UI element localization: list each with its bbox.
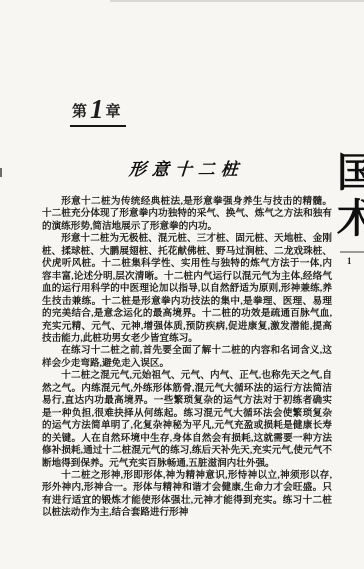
series-char-shu: 术	[337, 196, 364, 242]
chapter-number: 1	[90, 99, 104, 119]
chapter-suffix: 章	[106, 104, 122, 120]
page-title: 形意十二桩	[41, 155, 332, 180]
margin-divider	[340, 251, 364, 253]
paragraph-2: 形意十二桩为无极桩、混元桩、三才桩、固元桩、天地桩、金刚桩、揉球桩、大鹏展翅桩、…	[42, 233, 332, 345]
paragraph-3: 在练习十二桩之前,首先要全面了解十二桩的内容和名词含义,这样会少走弯路,避免走入…	[42, 345, 332, 370]
scan-edge-shadow	[110, 0, 364, 2]
series-margin-tab: 国 术	[337, 150, 364, 242]
chapter-heading: 第1章	[70, 97, 126, 127]
chapter-prefix: 第	[72, 104, 88, 120]
page-number: 1	[347, 256, 352, 266]
scanned-book-page: 第1章 形意十二桩 形意十二桩为传统经典桩法,是形意拳强身养生与技击的精髓。十二…	[0, 0, 364, 569]
paragraph-4: 十二桩之混元气,元始祖气、元气、内气、正气,也称先天之气,自然之气。内练混元气,…	[42, 370, 332, 470]
body-text: 形意十二桩为传统经典桩法,是形意拳强身养生与技击的精髓。十二桩充分体现了形意拳内…	[42, 196, 332, 520]
scan-artifact	[0, 168, 2, 177]
paragraph-1: 形意十二桩为传统经典桩法,是形意拳强身养生与技击的精髓。十二桩充分体现了形意拳内…	[42, 196, 332, 233]
paragraph-5: 十二桩之形神,形即形体,神为精神意识,形恃神以立,神须形以存,形外神内,形神合一…	[42, 470, 332, 520]
series-char-guo: 国	[337, 150, 364, 196]
